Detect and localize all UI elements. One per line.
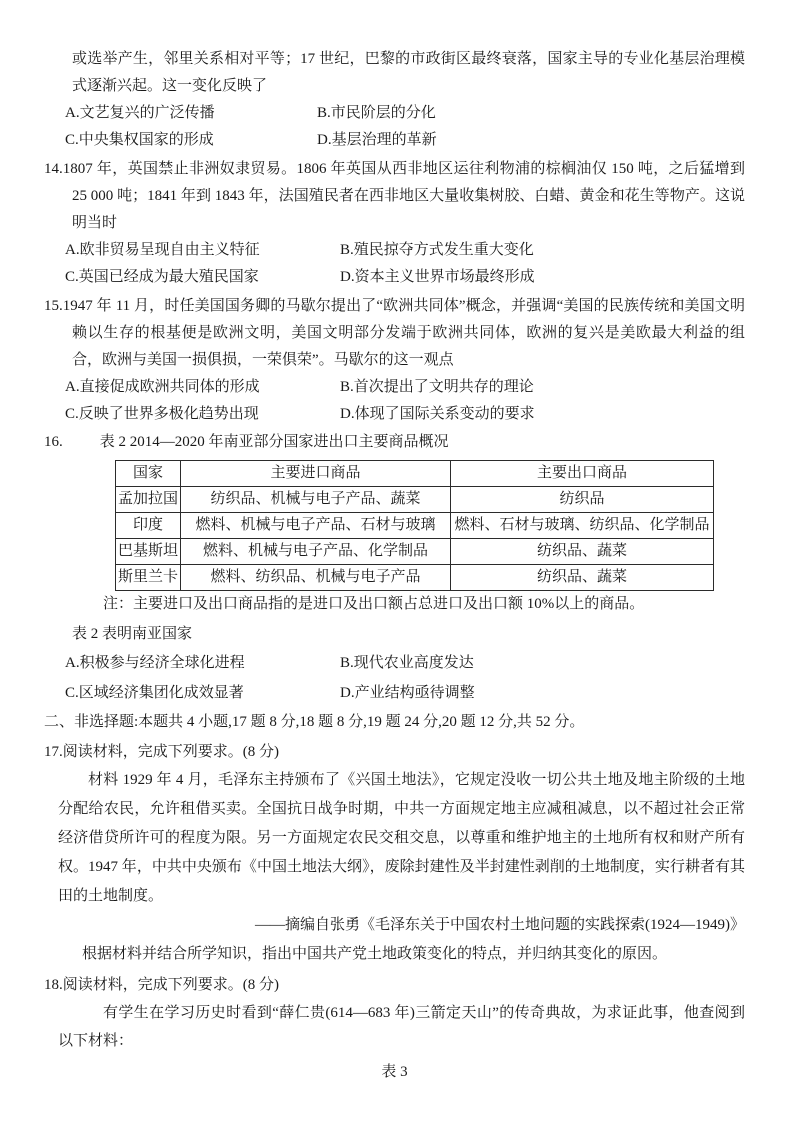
option-b: B.殖民掠夺方式发生重大变化 — [340, 237, 534, 264]
table-2-note: 注：主要进口及出口商品指的是进口及出口额占总进口及出口额 10%以上的商品。 — [103, 592, 745, 617]
cell-imports: 燃料、机械与电子产品、化学制品 — [181, 539, 451, 565]
table-3-label: 表 3 — [44, 1059, 745, 1086]
question-16: 16.表 2 2014—2020 年南亚部分国家进出口主要商品概况 国家 主要进… — [44, 429, 745, 708]
table-row: 印度 燃料、机械与电子产品、石材与玻璃 燃料、石材与玻璃、纺织品、化学制品 — [116, 513, 714, 539]
cell-exports: 纺织品、蔬菜 — [451, 565, 714, 591]
option-a: A.直接促成欧洲共同体的形成 — [65, 374, 340, 401]
exam-page: 或选举产生，邻里关系相对平等；17 世纪，巴黎的市政街区最终衰落，国家主导的专业… — [0, 0, 800, 1131]
option-c: C.反映了世界多极化趋势出现 — [65, 401, 340, 428]
option-a: A.积极参与经济全球化进程 — [65, 648, 340, 678]
question-17-source: ——摘编自张勇《毛泽东关于中国农村土地问题的实践探索(1924—1949)》 — [44, 911, 745, 940]
option-d: D.资本主义世界市场最终形成 — [340, 264, 535, 291]
table-row: 孟加拉国 纺织品、机械与电子产品、蔬菜 纺织品 — [116, 487, 714, 513]
cell-country: 斯里兰卡 — [116, 565, 181, 591]
option-row: A.直接促成欧洲共同体的形成 B.首次提出了文明共存的理论 — [65, 374, 745, 401]
option-row: A.积极参与经济全球化进程 B.现代农业高度发达 — [65, 648, 745, 678]
option-a: A.欧非贸易呈现自由主义特征 — [65, 237, 340, 264]
question-17: 17.阅读材料，完成下列要求。(8 分) 材料 1929 年 4 月，毛泽东主持… — [44, 738, 745, 969]
section-2-header: 二、非选择题:本题共 4 小题,17 题 8 分,18 题 8 分,19 题 2… — [44, 708, 745, 736]
question-16-options: A.积极参与经济全球化进程 B.现代农业高度发达 C.区域经济集团化成效显著 D… — [65, 648, 745, 708]
cell-imports: 燃料、纺织品、机械与电子产品 — [181, 565, 451, 591]
header-imports: 主要进口商品 — [181, 461, 451, 487]
question-15: 15.1947 年 11 月，时任美国国务卿的马歇尔提出了“欧洲共同体”概念，并… — [44, 293, 745, 428]
question-14-stem-text: 1807 年，英国禁止非洲奴隶贸易。1806 年英国从西非地区运往利物浦的棕榈油… — [63, 161, 745, 231]
question-15-stem: 15.1947 年 11 月，时任美国国务卿的马歇尔提出了“欧洲共同体”概念，并… — [72, 293, 745, 374]
q16-commodity-table: 国家 主要进口商品 主要出口商品 孟加拉国 纺织品、机械与电子产品、蔬菜 纺织品… — [115, 460, 714, 591]
cell-imports: 纺织品、机械与电子产品、蔬菜 — [181, 487, 451, 513]
cell-exports: 纺织品 — [451, 487, 714, 513]
cell-exports: 纺织品、蔬菜 — [451, 539, 714, 565]
cell-imports: 燃料、机械与电子产品、石材与玻璃 — [181, 513, 451, 539]
table-row: 巴基斯坦 燃料、机械与电子产品、化学制品 纺织品、蔬菜 — [116, 539, 714, 565]
table-header-row: 国家 主要进口商品 主要出口商品 — [116, 461, 714, 487]
header-exports: 主要出口商品 — [451, 461, 714, 487]
cell-country: 孟加拉国 — [116, 487, 181, 513]
question-17-task: 根据材料并结合所学知识，指出中国共产党土地政策变化的特点，并归纳其变化的原因。 — [72, 940, 745, 969]
option-d: D.基层治理的革新 — [317, 127, 437, 154]
question-13-options: A.文艺复兴的广泛传播 B.市民阶层的分化 C.中央集权国家的形成 D.基层治理… — [65, 100, 745, 154]
option-c: C.中央集权国家的形成 — [65, 127, 317, 154]
question-14-stem: 14.1807 年，英国禁止非洲奴隶贸易。1806 年英国从西非地区运往利物浦的… — [72, 156, 745, 237]
question-17-heading: 17.阅读材料，完成下列要求。(8 分) — [44, 738, 745, 766]
table-row: 斯里兰卡 燃料、纺织品、机械与电子产品 纺织品、蔬菜 — [116, 565, 714, 591]
question-15-number: 15. — [44, 298, 63, 314]
question-14: 14.1807 年，英国禁止非洲奴隶贸易。1806 年英国从西非地区运往利物浦的… — [44, 156, 745, 291]
cell-country: 巴基斯坦 — [116, 539, 181, 565]
question-13: 或选举产生，邻里关系相对平等；17 世纪，巴黎的市政街区最终衰落，国家主导的专业… — [44, 46, 745, 154]
question-15-options: A.直接促成欧洲共同体的形成 B.首次提出了文明共存的理论 C.反映了世界多极化… — [65, 374, 745, 428]
question-16-stem: 表 2 表明南亚国家 — [72, 621, 745, 648]
question-18: 18.阅读材料，完成下列要求。(8 分) 有学生在学习历史时看到“薛仁贵(614… — [44, 971, 745, 1086]
table-2-title: 表 2 2014—2020 年南亚部分国家进出口主要商品概况 — [100, 429, 449, 456]
question-17-material: 材料 1929 年 4 月，毛泽东主持颁布了《兴国土地法》，它规定没收一切公共土… — [58, 766, 745, 911]
header-country: 国家 — [116, 461, 181, 487]
option-row: A.欧非贸易呈现自由主义特征 B.殖民掠夺方式发生重大变化 — [65, 237, 745, 264]
option-row: C.反映了世界多极化趋势出现 D.体现了国际关系变动的要求 — [65, 401, 745, 428]
cell-exports: 燃料、石材与玻璃、纺织品、化学制品 — [451, 513, 714, 539]
cell-country: 印度 — [116, 513, 181, 539]
option-row: C.英国已经成为最大殖民国家 D.资本主义世界市场最终形成 — [65, 264, 745, 291]
option-c: C.英国已经成为最大殖民国家 — [65, 264, 340, 291]
question-18-intro: 有学生在学习历史时看到“薛仁贵(614—683 年)三箭定天山”的传奇典故，为求… — [58, 999, 745, 1055]
option-a: A.文艺复兴的广泛传播 — [65, 100, 317, 127]
option-d: D.产业结构亟待调整 — [340, 678, 475, 708]
option-row: A.文艺复兴的广泛传播 B.市民阶层的分化 — [65, 100, 745, 127]
option-row: C.区域经济集团化成效显著 D.产业结构亟待调整 — [65, 678, 745, 708]
option-b: B.首次提出了文明共存的理论 — [340, 374, 534, 401]
option-row: C.中央集权国家的形成 D.基层治理的革新 — [65, 127, 745, 154]
option-b: B.市民阶层的分化 — [317, 100, 436, 127]
option-c: C.区域经济集团化成效显著 — [65, 678, 340, 708]
option-b: B.现代农业高度发达 — [340, 648, 474, 678]
question-14-options: A.欧非贸易呈现自由主义特征 B.殖民掠夺方式发生重大变化 C.英国已经成为最大… — [65, 237, 745, 291]
question-15-stem-text: 1947 年 11 月，时任美国国务卿的马歇尔提出了“欧洲共同体”概念，并强调“… — [63, 298, 745, 368]
option-d: D.体现了国际关系变动的要求 — [340, 401, 535, 428]
question-13-stem: 或选举产生，邻里关系相对平等；17 世纪，巴黎的市政街区最终衰落，国家主导的专业… — [72, 46, 745, 100]
question-18-heading: 18.阅读材料，完成下列要求。(8 分) — [44, 971, 745, 999]
question-16-number: 16. — [44, 429, 63, 456]
question-14-number: 14. — [44, 161, 63, 177]
question-16-title-row: 16.表 2 2014—2020 年南亚部分国家进出口主要商品概况 — [44, 429, 745, 456]
